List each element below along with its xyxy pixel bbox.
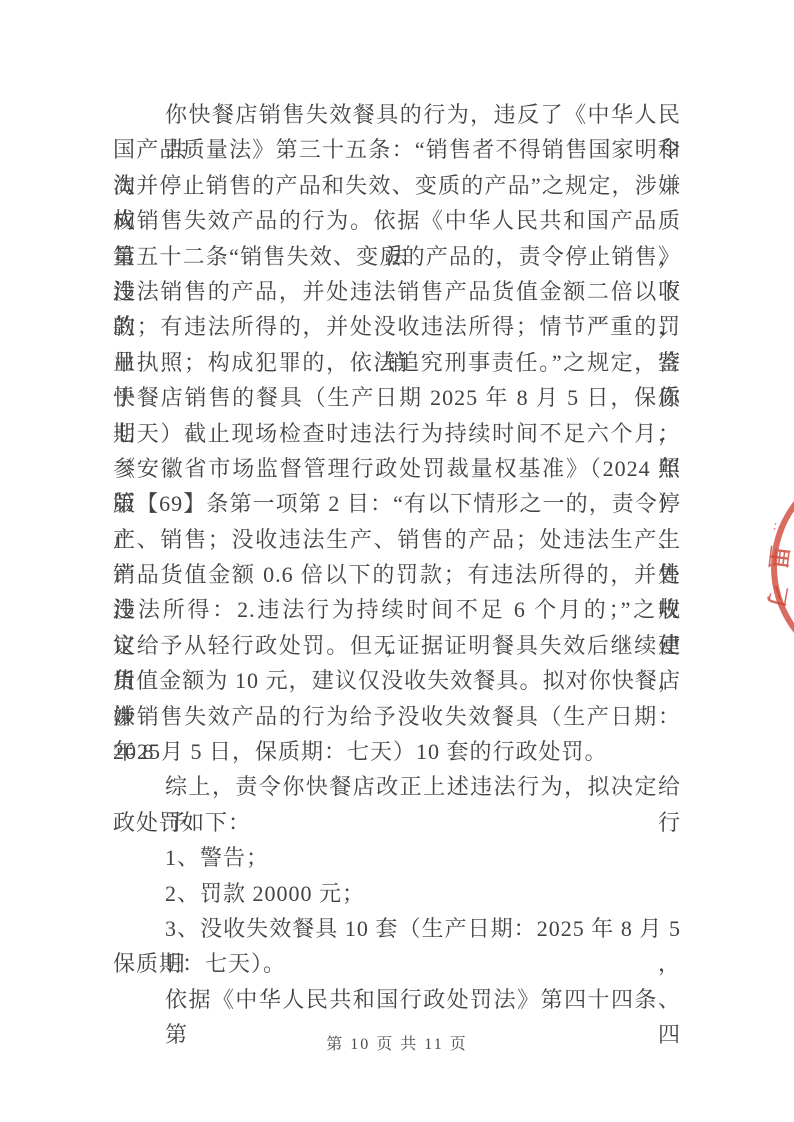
text-line: 货值金额为 10 元，建议仅没收失效餐具。拟对你快餐店涉 <box>113 663 681 698</box>
text-line: 七天）截止现场检查时违法行为持续时间不足六个月，参照 <box>113 416 681 451</box>
text-line: 3、没收失效餐具 10 套（生产日期：2025 年 8 月 5 日， <box>113 911 681 946</box>
text-line: 违法所得：2.违法行为持续时间不足 6 个月的；”之规定，建 <box>113 592 681 627</box>
seal-glyph-dots: ∴ <box>769 522 784 532</box>
page-number-indicator: 第 10 页 共 11 页 <box>326 1036 467 1053</box>
text-line: 2、罚款 20000 元； <box>113 876 681 911</box>
text-line: 综上，责令你快餐店改正上述违法行为，拟决定给予行 <box>113 769 681 804</box>
text-line: 产、销售；没收违法生产、销售的产品；处违法生产、销售 <box>113 522 681 557</box>
text-line: 嫌销售失效产品的行为给予没收失效餐具（生产日期：2025 <box>113 699 681 734</box>
text-line: 快餐店销售的餐具（生产日期 2025 年 8 月 5 日，保质期： <box>113 380 681 415</box>
page-footer: 第 10 页 共 11 页 <box>0 1031 794 1054</box>
document-body: 你快餐店销售失效餐具的行为，违反了《中华人民共和国产品质量法》第三十五条：“销售… <box>113 97 681 1017</box>
text-line: 你快餐店销售失效餐具的行为，违反了《中华人民共和 <box>113 97 681 132</box>
text-line: 国产品质量法》第三十五条：“销售者不得销售国家明令淘 <box>113 132 681 167</box>
text-line: 汰并停止销售的产品和失效、变质的产品”之规定，涉嫌构 <box>113 168 681 203</box>
seal-glyph-2: 刁 <box>764 582 792 609</box>
seal-rim-arc <box>774 487 794 649</box>
text-line: 议给予从轻行政处罚。但无证据证明餐具失效后继续使用， <box>113 628 681 663</box>
red-seal-fragment: ∴ 里 刁 <box>764 487 794 649</box>
text-line: 款；有违法所得的，并处没收违法所得；情节严重的，吊销营 <box>113 309 681 344</box>
text-line: 成销售失效产品的行为。依据《中华人民共和国产品质量法》 <box>113 203 681 238</box>
text-line: 年 8 月 5 日，保质期：七天）10 套的行政处罚。 <box>113 734 681 769</box>
text-line: 《安徽省市场监督管理行政处罚裁量权基准》（2024 年版） <box>113 451 681 486</box>
text-line: 第五十二条“销售失效、变质的产品的，责令停止销售，没收 <box>113 239 681 274</box>
text-line: 产品货值金额 0.6 倍以下的罚款；有违法所得的，并处没收 <box>113 557 681 592</box>
text-line: 1、警告； <box>113 840 681 875</box>
text-line: 违法销售的产品，并处违法销售产品货值金额二倍以下的罚 <box>113 274 681 309</box>
seal-glyph-1: 里 <box>765 544 793 570</box>
text-line: 业执照；构成犯罪的，依法追究刑事责任。”之规定，鉴于你 <box>113 345 681 380</box>
red-seal-svg: ∴ 里 刁 <box>764 487 794 649</box>
text-line: 依据《中华人民共和国行政处罚法》第四十四条、第四 <box>113 982 681 1017</box>
text-line: 第【69】条第一项第 2 目：“有以下情形之一的，责令停止生 <box>113 486 681 521</box>
document-page: 你快餐店销售失效餐具的行为，违反了《中华人民共和国产品质量法》第三十五条：“销售… <box>0 0 794 1122</box>
